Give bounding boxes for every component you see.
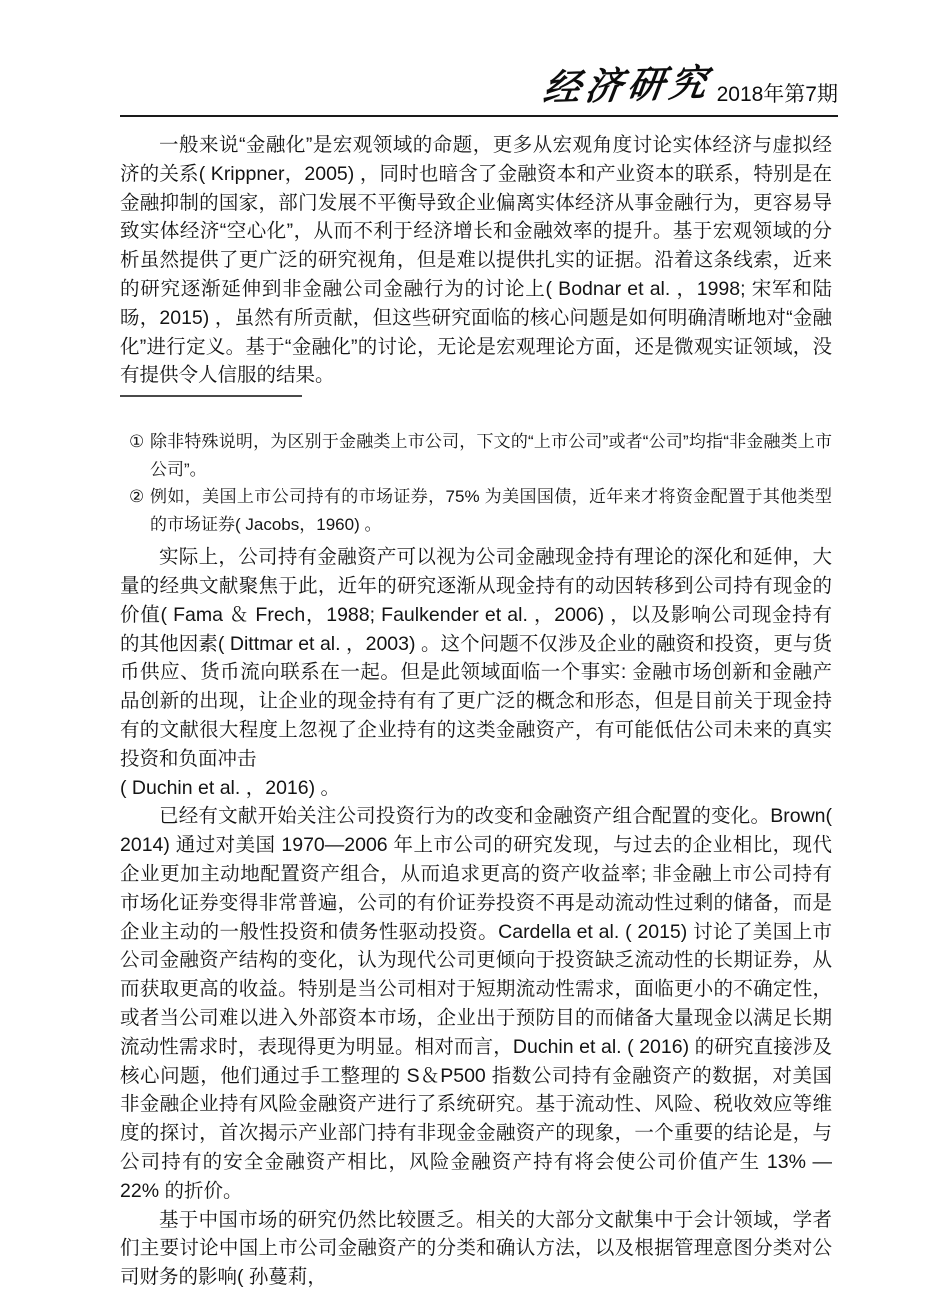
- journal-logo-calligraphy: 经济研究: [541, 64, 714, 107]
- journal-page: 经济研究 2018年第7期 一般来说“金融化”是宏观领域的命题，更多从宏观角度讨…: [0, 0, 950, 1290]
- issue-number-label: 2018年第7期: [717, 84, 838, 105]
- article-body: 一般来说“金融化”是宏观领域的命题，更多从宏观角度讨论实体经济与虚拟经济的关系(…: [120, 131, 832, 1290]
- paragraph-cash-holding-theory-citation: ( Duchin et al. ，2016) 。: [120, 774, 832, 803]
- footnote-marker-2: ②: [120, 483, 150, 511]
- paragraph-financialization-macro: 一般来说“金融化”是宏观领域的命题，更多从宏观角度讨论实体经济与虚拟经济的关系(…: [120, 131, 832, 390]
- paragraph-china-market-research: 基于中国市场的研究仍然比较匮乏。相关的大部分文献集中于会计领域，学者们主要讨论中…: [120, 1206, 832, 1290]
- footnote-item: ① 除非特殊说明，为区别于金融类上市公司，下文的“上市公司”或者“公司”均指“非…: [120, 428, 832, 483]
- footnotes-block: ① 除非特殊说明，为区别于金融类上市公司，下文的“上市公司”或者“公司”均指“非…: [120, 428, 832, 538]
- footnote-text-2: 例如，美国上市公司持有的市场证券，75% 为美国国债，近年来才将资金配置于其他类…: [150, 483, 832, 538]
- paragraph-portfolio-allocation-literature: 已经有文献开始关注公司投资行为的改变和金融资产组合配置的变化。Brown( 20…: [120, 802, 832, 1205]
- header-divider-line: [120, 115, 838, 117]
- footnote-marker-1: ①: [120, 428, 150, 456]
- paragraph-cash-holding-theory: 实际上，公司持有金融资产可以视为公司金融现金持有理论的深化和延伸，大量的经典文献…: [120, 543, 832, 802]
- footnote-item: ② 例如，美国上市公司持有的市场证券，75% 为美国国债，近年来才将资金配置于其…: [120, 483, 832, 538]
- paragraph-cash-holding-theory-text: 实际上，公司持有金融资产可以视为公司金融现金持有理论的深化和延伸，大量的经典文献…: [120, 546, 832, 770]
- footnote-text-1: 除非特殊说明，为区别于金融类上市公司，下文的“上市公司”或者“公司”均指“非金融…: [150, 428, 832, 483]
- page-header: 经济研究 2018年第7期: [120, 70, 838, 116]
- footnote-separator-line: [120, 395, 302, 397]
